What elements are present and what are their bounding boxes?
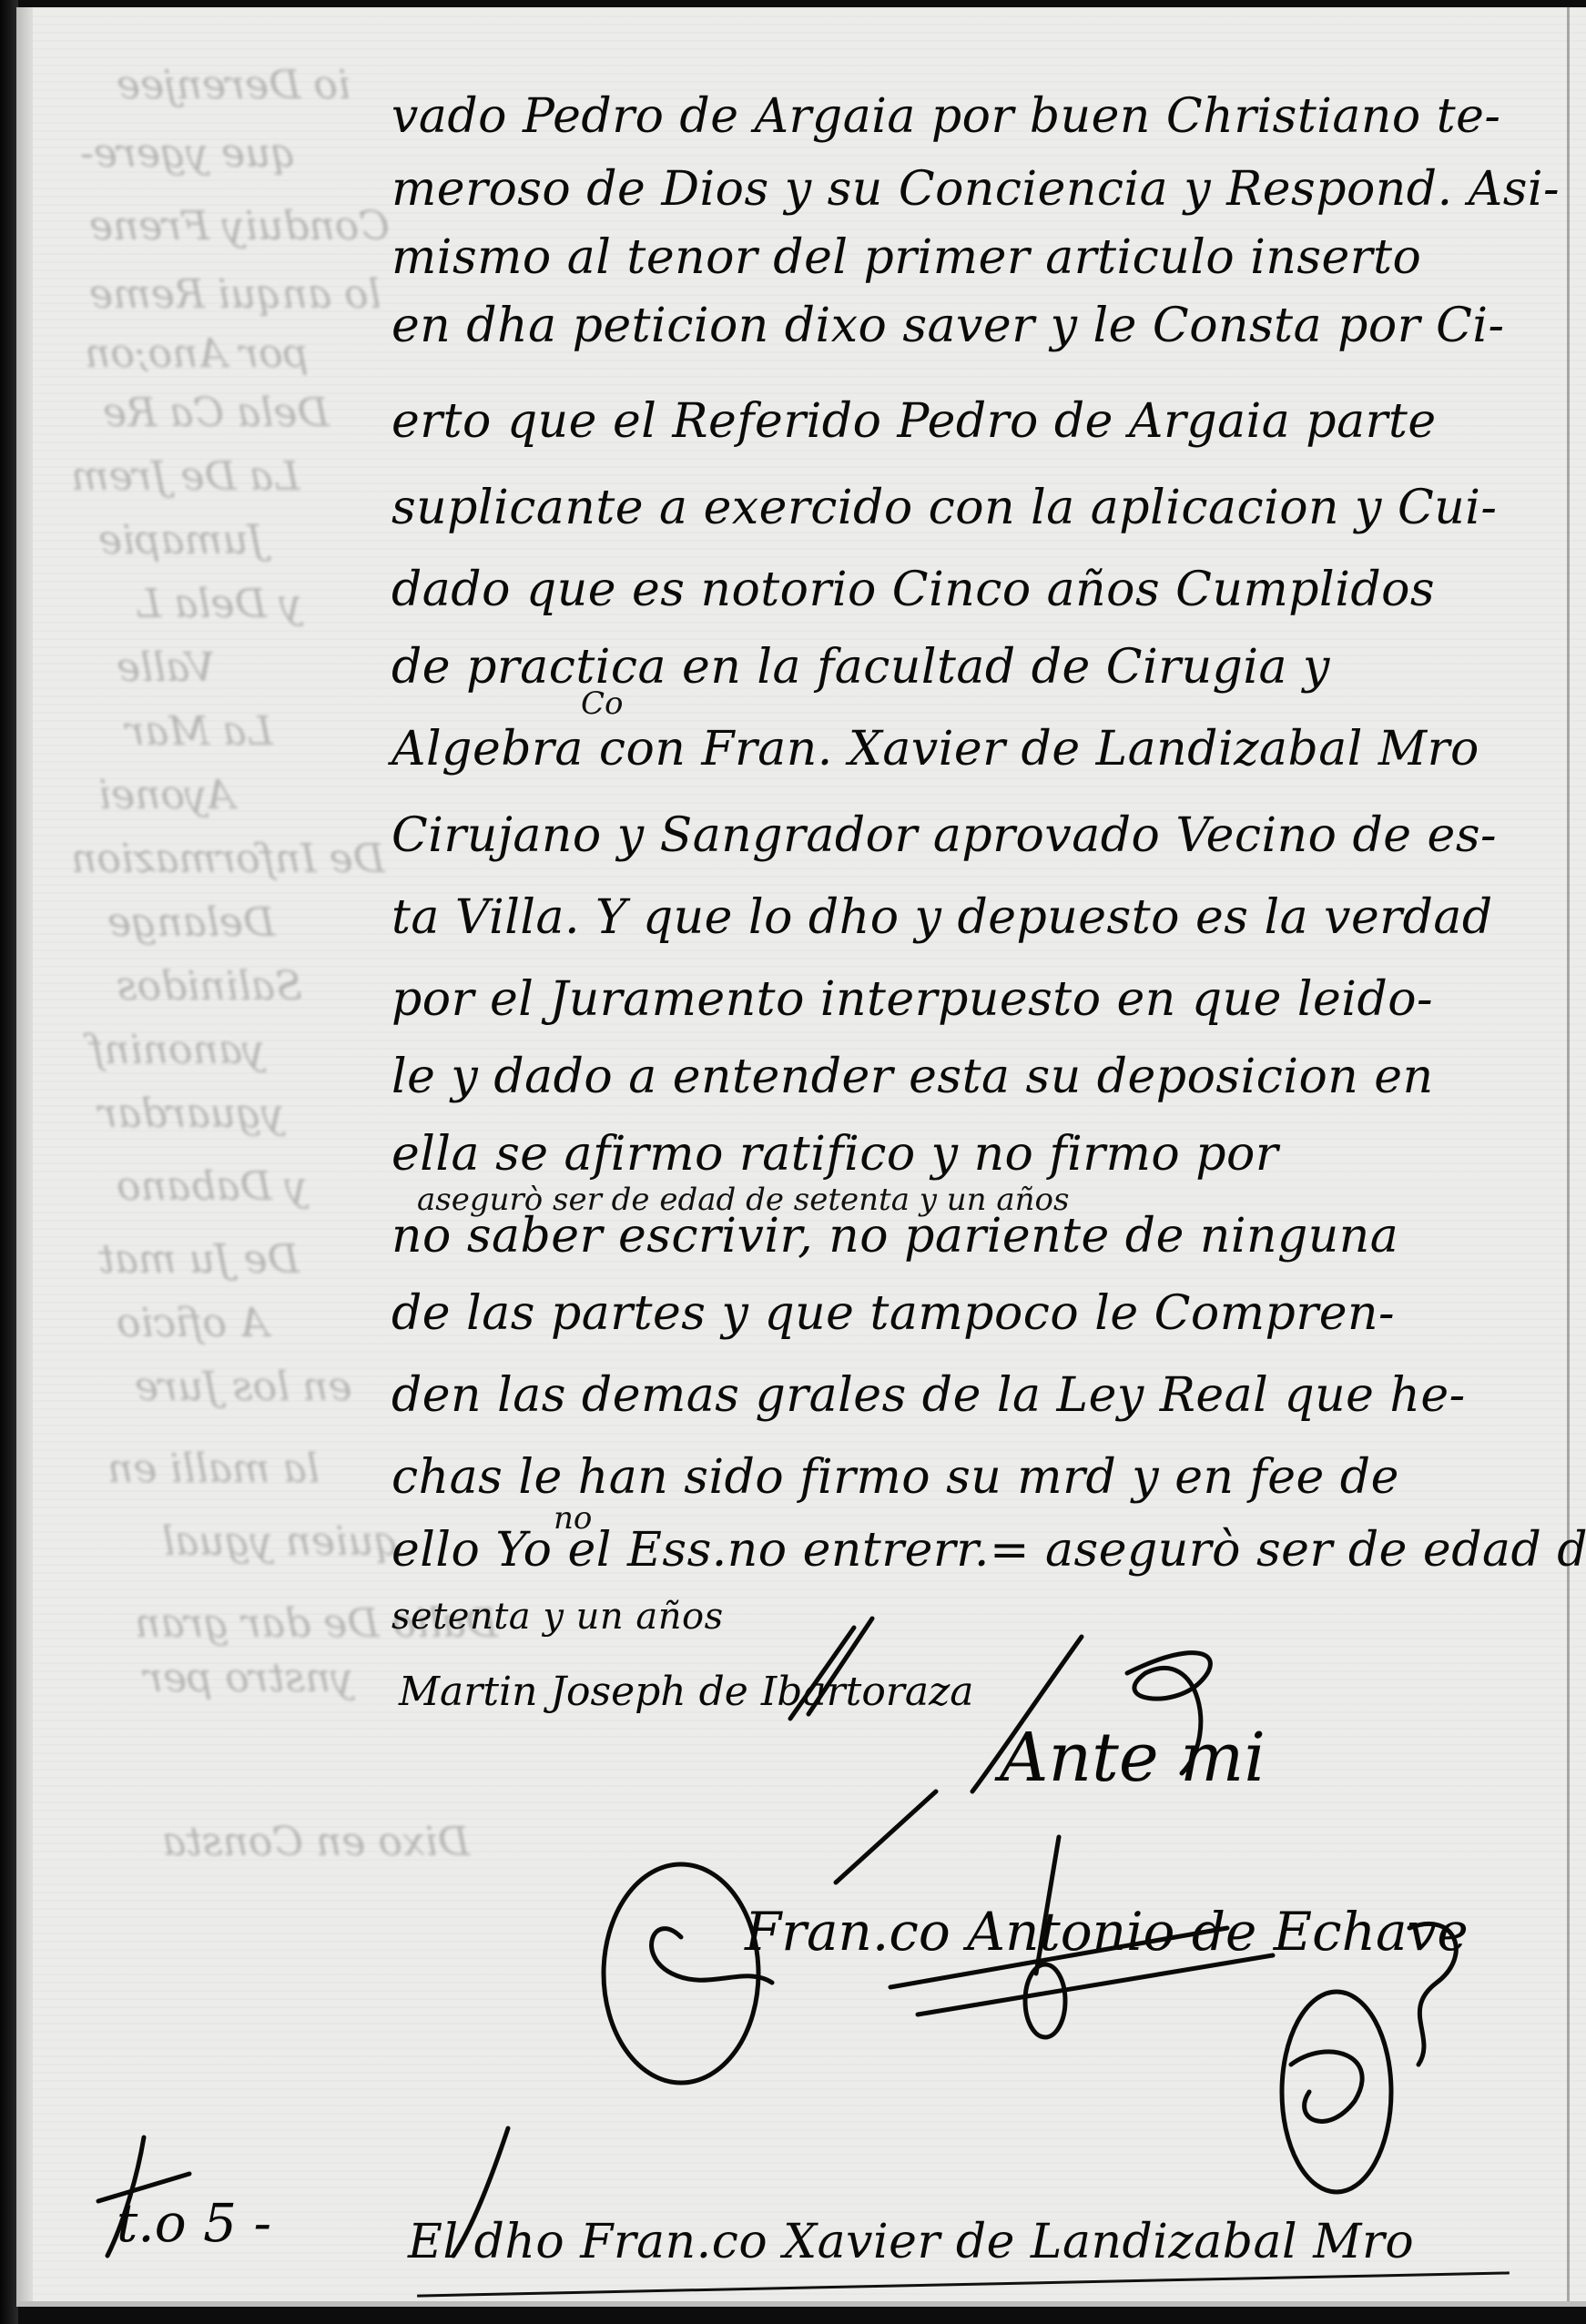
margin-note: t.o 5 - — [117, 2192, 271, 2254]
manuscript-page: io Derenjee que ygere- Conduiy Frene lo … — [16, 7, 1586, 2307]
signature-rubric-flourish — [16, 7, 1586, 2301]
next-entry-line: El dho Fran.co Xavier de Landizabal Mro — [408, 2215, 1537, 2269]
book-binding — [0, 0, 18, 2324]
